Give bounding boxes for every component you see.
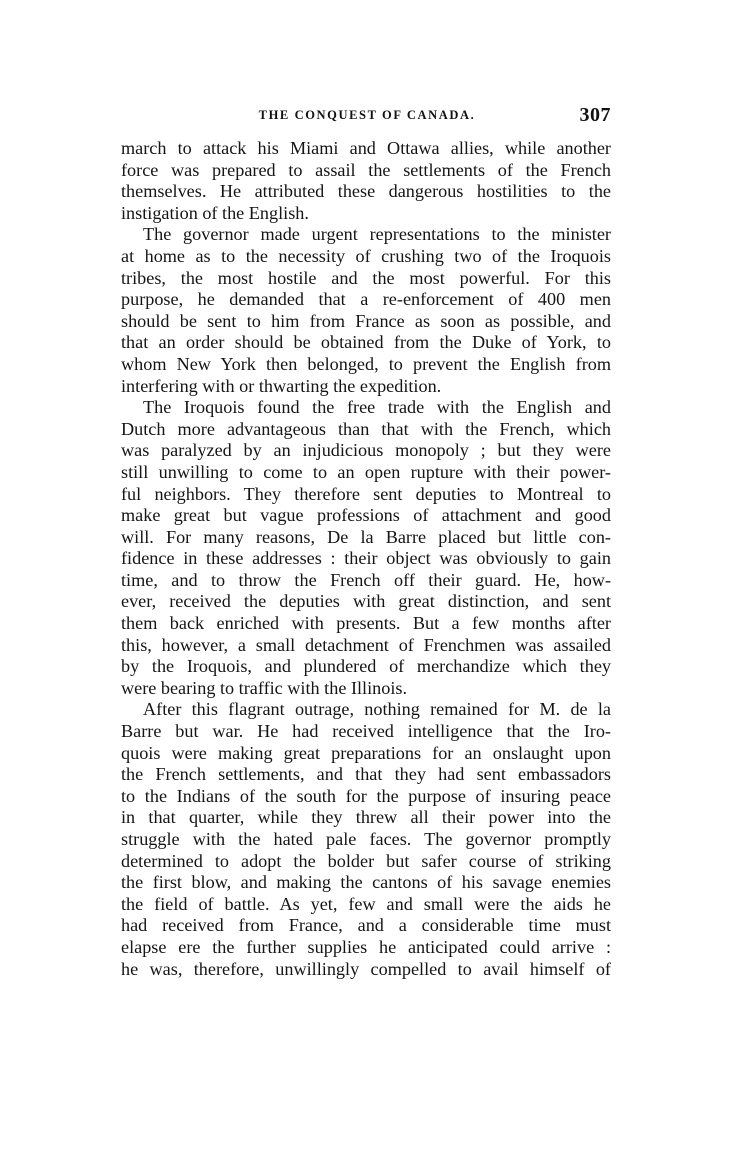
text-line: elapse ere the further supplies he antic… bbox=[121, 937, 611, 959]
text-line: whom New York then belonged, to prevent … bbox=[121, 354, 611, 376]
text-line: ever, received the deputies with great d… bbox=[121, 591, 611, 613]
text-line: Dutch more advantageous than that with t… bbox=[121, 419, 611, 441]
text-line: this, however, a small detachment of Fre… bbox=[121, 635, 611, 657]
text-line: determined to adopt the bolder but safer… bbox=[121, 851, 611, 873]
running-header: THE CONQUEST OF CANADA. 307 bbox=[121, 104, 613, 128]
text-line: will. For many reasons, De la Barre plac… bbox=[121, 527, 611, 549]
text-line: that an order should be obtained from th… bbox=[121, 332, 611, 354]
text-line: make great but vague professions of atta… bbox=[121, 505, 611, 527]
paragraph-3: The Iroquois found the free trade with t… bbox=[121, 397, 611, 699]
text-line: themselves. He attributed these dangerou… bbox=[121, 181, 611, 203]
text-line: the French settlements, and that they ha… bbox=[121, 764, 611, 786]
text-line: time, and to throw the French off their … bbox=[121, 570, 611, 592]
book-page: THE CONQUEST OF CANADA. 307 march to att… bbox=[0, 0, 744, 1162]
text-line: Barre but war. He had received intellige… bbox=[121, 721, 611, 743]
paragraph-4: After this flagrant outrage, nothing rem… bbox=[121, 699, 611, 980]
text-line: tribes, the most hostile and the most po… bbox=[121, 268, 611, 290]
body-text: march to attack his Miami and Ottawa all… bbox=[121, 138, 611, 980]
text-line: march to attack his Miami and Ottawa all… bbox=[121, 138, 611, 160]
text-line: should be sent to him from France as soo… bbox=[121, 311, 611, 333]
text-line: ful neighbors. They therefore sent deput… bbox=[121, 484, 611, 506]
text-line: the first blow, and making the cantons o… bbox=[121, 872, 611, 894]
text-line: still unwilling to come to an open ruptu… bbox=[121, 462, 611, 484]
text-line: The governor made urgent representations… bbox=[121, 224, 611, 246]
text-line: instigation of the English. bbox=[121, 203, 611, 225]
text-line: After this flagrant outrage, nothing rem… bbox=[121, 699, 611, 721]
text-line: quois were making great preparations for… bbox=[121, 743, 611, 765]
paragraph-1: march to attack his Miami and Ottawa all… bbox=[121, 138, 611, 224]
text-line: by the Iroquois, and plundered of mercha… bbox=[121, 656, 611, 678]
page-number: 307 bbox=[580, 104, 612, 127]
text-line: to the Indians of the south for the purp… bbox=[121, 786, 611, 808]
text-line: force was prepared to assail the settlem… bbox=[121, 160, 611, 182]
text-line: at home as to the necessity of crushing … bbox=[121, 246, 611, 268]
text-line: in that quarter, while they threw all th… bbox=[121, 807, 611, 829]
text-line: was paralyzed by an injudicious monopoly… bbox=[121, 440, 611, 462]
paragraph-2: The governor made urgent representations… bbox=[121, 224, 611, 397]
text-line: had received from France, and a consider… bbox=[121, 915, 611, 937]
text-line: struggle with the hated pale faces. The … bbox=[121, 829, 611, 851]
text-line: the field of battle. As yet, few and sma… bbox=[121, 894, 611, 916]
text-line: fidence in these addresses : their objec… bbox=[121, 548, 611, 570]
text-line: he was, therefore, unwillingly compelled… bbox=[121, 959, 611, 981]
text-line: were bearing to traffic with the Illinoi… bbox=[121, 678, 611, 700]
running-title: THE CONQUEST OF CANADA. bbox=[121, 108, 613, 123]
text-line: purpose, he demanded that a re-enforceme… bbox=[121, 289, 611, 311]
text-line: The Iroquois found the free trade with t… bbox=[121, 397, 611, 419]
text-line: them back enriched with presents. But a … bbox=[121, 613, 611, 635]
text-line: interfering with or thwarting the expedi… bbox=[121, 376, 611, 398]
